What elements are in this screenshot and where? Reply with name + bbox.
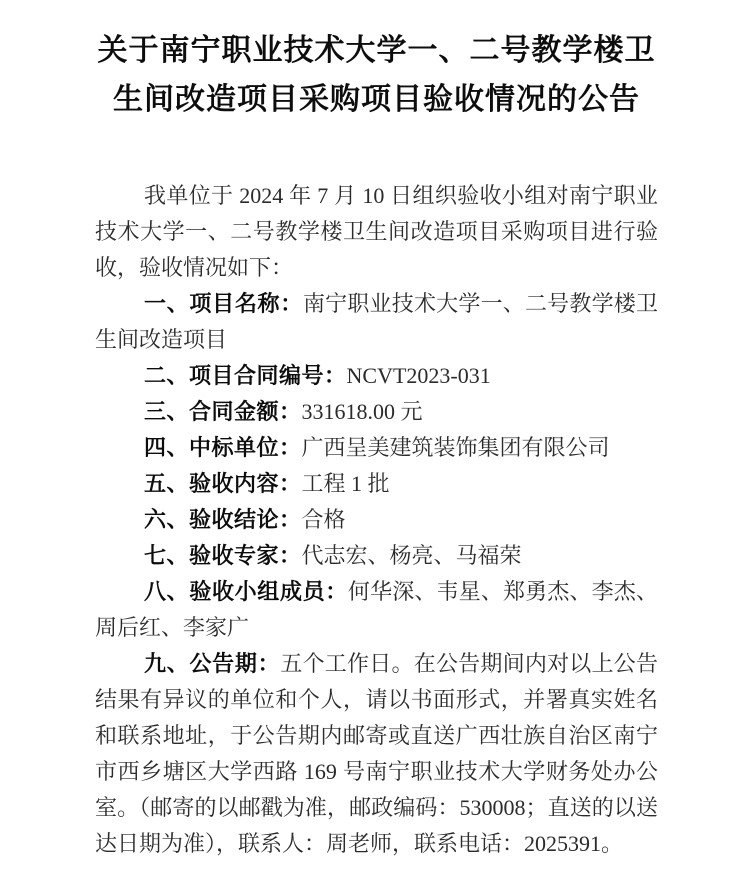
list-item: 九、公告期：五个工作日。在公告期间内对以上公告结果有异议的单位和个人，请以书面形… <box>95 646 658 862</box>
list-item: 三、合同金额：331618.00 元 <box>95 394 658 430</box>
item-label: 八、验收小组成员： <box>144 579 348 604</box>
list-item: 六、验收结论：合格 <box>95 502 658 538</box>
item-label: 三、合同金额： <box>144 399 302 424</box>
item-value: 合格 <box>302 507 346 532</box>
list-item: 八、验收小组成员：何华深、韦星、郑勇杰、李杰、周后红、李家广 <box>95 574 658 646</box>
item-label: 七、验收专家： <box>144 543 302 568</box>
item-label: 二、项目合同编号： <box>144 363 347 388</box>
list-item: 四、中标单位：广西呈美建筑装饰集团有限公司 <box>95 430 658 466</box>
item-value: NCVT2023-031 <box>347 363 491 388</box>
item-label: 九、公告期： <box>144 651 280 676</box>
item-label: 五、验收内容： <box>144 471 302 496</box>
announcement-document: 关于南宁职业技术大学一、二号教学楼卫生间改造项目采购项目验收情况的公告 我单位于… <box>0 0 750 882</box>
list-item: 五、验收内容：工程 1 批 <box>95 466 658 502</box>
item-list: 一、项目名称：南宁职业技术大学一、二号教学楼卫生间改造项目 二、项目合同编号：N… <box>95 286 658 862</box>
item-label: 一、项目名称： <box>144 291 303 316</box>
item-value: 工程 1 批 <box>302 471 390 496</box>
item-value: 331618.00 元 <box>302 399 423 424</box>
item-value: 广西呈美建筑装饰集团有限公司 <box>302 435 610 460</box>
list-item: 一、项目名称：南宁职业技术大学一、二号教学楼卫生间改造项目 <box>95 286 658 358</box>
document-title: 关于南宁职业技术大学一、二号教学楼卫生间改造项目采购项目验收情况的公告 <box>95 26 658 124</box>
item-value: 代志宏、杨亮、马福荣 <box>302 543 522 568</box>
list-item: 七、验收专家：代志宏、杨亮、马福荣 <box>95 538 658 574</box>
list-item: 二、项目合同编号：NCVT2023-031 <box>95 358 658 394</box>
item-label: 六、验收结论： <box>144 507 302 532</box>
item-value: 五个工作日。在公告期间内对以上公告结果有异议的单位和个人，请以书面形式，并署真实… <box>95 651 658 856</box>
document-body: 我单位于 2024 年 7 月 10 日组织验收小组对南宁职业技术大学一、二号教… <box>95 178 658 862</box>
item-label: 四、中标单位： <box>144 435 302 460</box>
intro-paragraph: 我单位于 2024 年 7 月 10 日组织验收小组对南宁职业技术大学一、二号教… <box>95 178 658 286</box>
